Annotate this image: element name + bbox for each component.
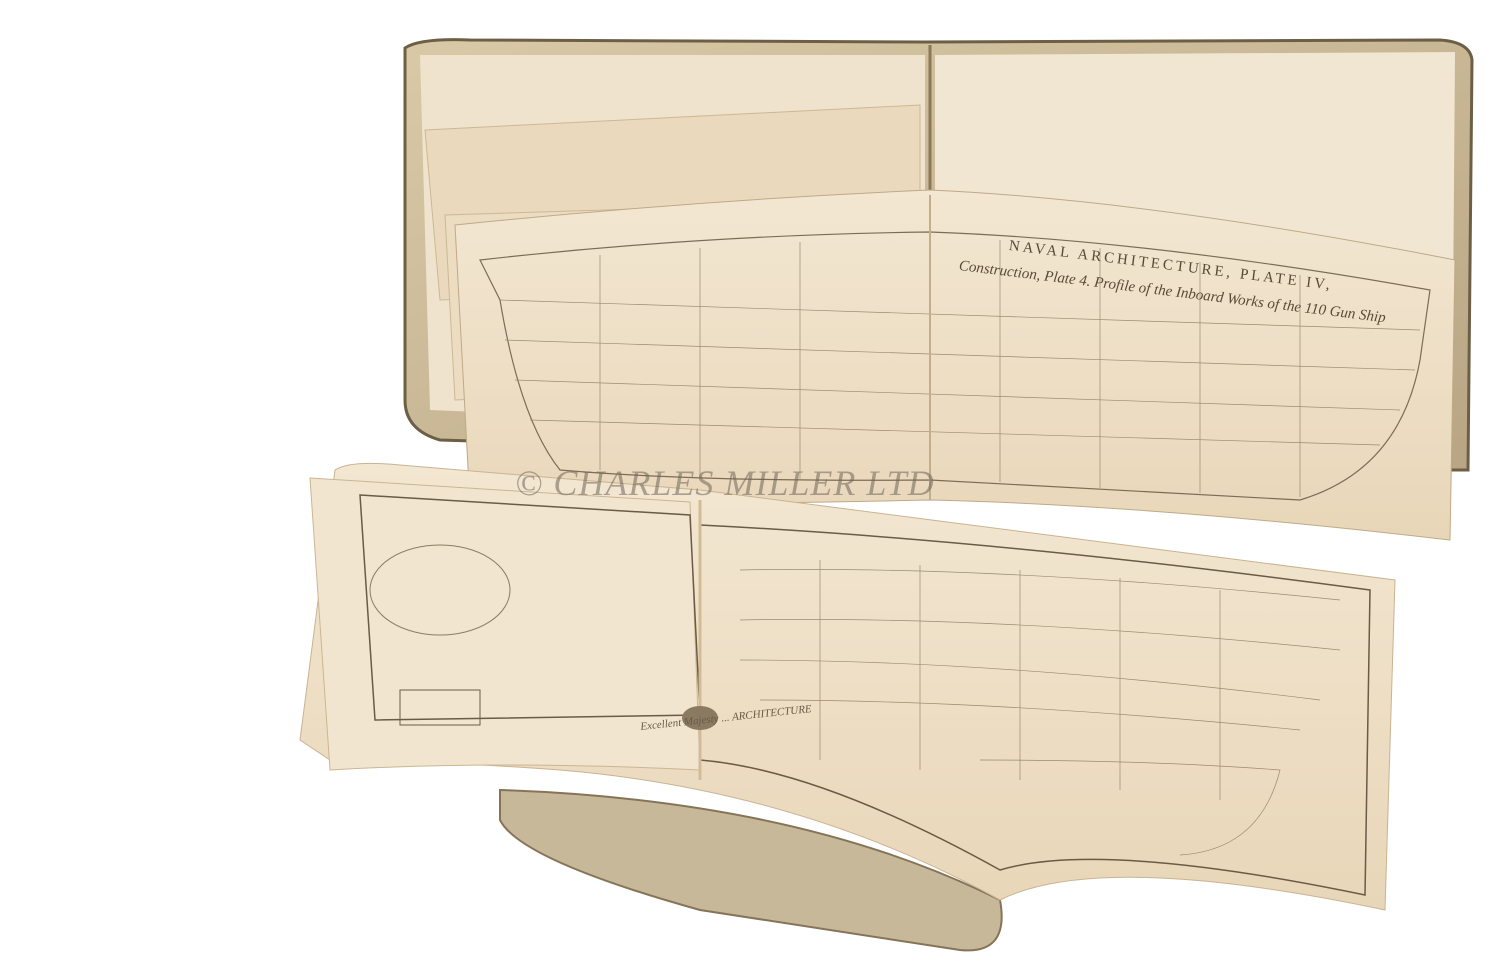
lower-volume <box>300 463 1395 950</box>
photograph: NAVAL ARCHITECTURE, PLATE IV, Constructi… <box>0 0 1500 966</box>
copyright-watermark: © CHARLES MILLER LTD <box>515 462 935 504</box>
